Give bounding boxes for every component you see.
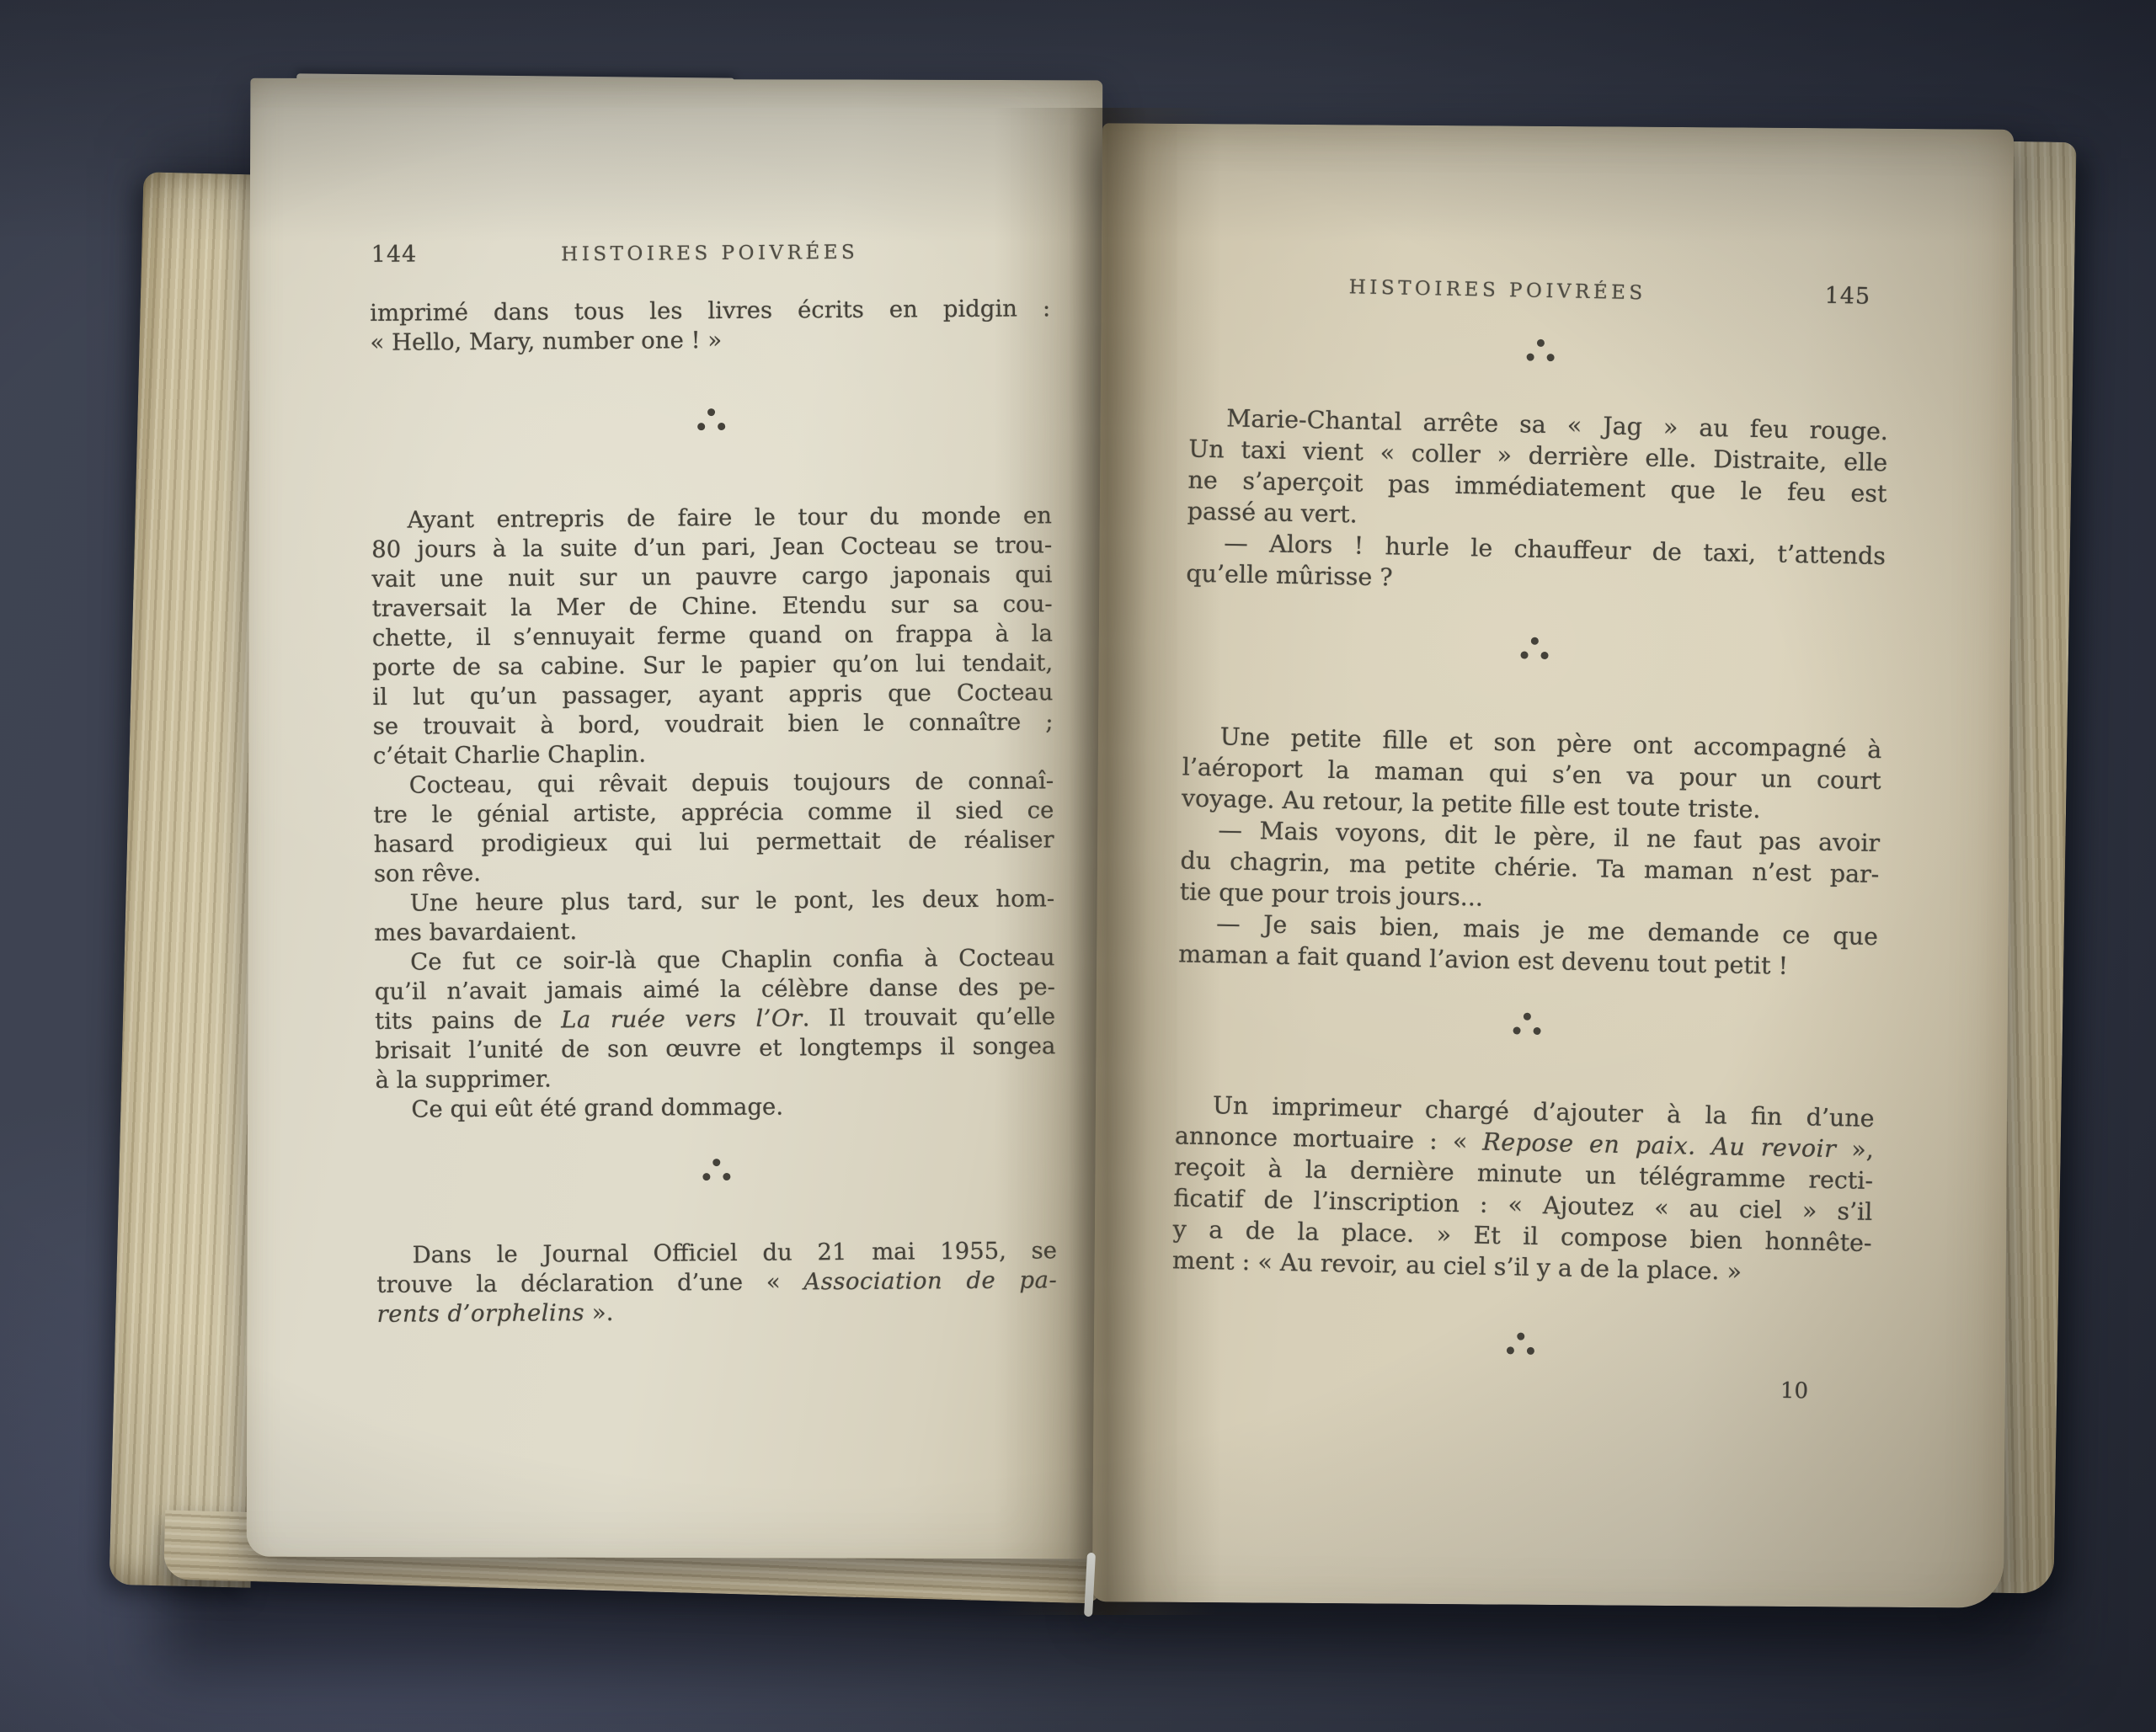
text-line: Ce qui eût été grand dommage. bbox=[376, 1090, 1056, 1125]
paragraph: Un imprimeur chargé d’ajouter à la fin d… bbox=[1172, 1089, 1875, 1290]
paragraph: Une petite fille et son père ont accompa… bbox=[1182, 720, 1882, 828]
left-page-text-column: 144 HISTOIRES POIVRÉES imprimé dans tous… bbox=[368, 77, 1059, 1560]
text-line: trouve la déclaration d’une « Associatio… bbox=[376, 1266, 1057, 1300]
left-page-blocks: imprimé dans tous les livres écrits en p… bbox=[370, 294, 1058, 1330]
right-page-text-column: HISTOIRES POIVRÉES 145 Marie-Chantal arr… bbox=[1166, 120, 1894, 1612]
text-line: hasard prodigieux qui lui permettait de … bbox=[374, 825, 1054, 860]
paragraph: Ayant entrepris de faire le tour du mond… bbox=[371, 501, 1054, 771]
paragraph: — Alors ! hurle le chauffeur de taxi, t’… bbox=[1186, 526, 1886, 603]
text-line: brisait l’unité de son œuvre et longtemp… bbox=[375, 1031, 1055, 1066]
paragraph: Cocteau, qui rêvait depuis toujours de c… bbox=[373, 766, 1054, 889]
running-title-left: HISTOIRES POIVRÉES bbox=[370, 237, 1050, 271]
paragraph: Dans le Journal Officiel du 21 mai 1955,… bbox=[376, 1236, 1058, 1330]
text-line: qu’il n’avait jamais aimé la célèbre dan… bbox=[375, 973, 1055, 1007]
photo-scene: 144 HISTOIRES POIVRÉES imprimé dans tous… bbox=[0, 0, 2156, 1732]
running-head-left: 144 HISTOIRES POIVRÉES bbox=[370, 237, 1050, 270]
text-line: porte de sa cabine. Sur le papier qu’on … bbox=[372, 648, 1053, 683]
text-line: Cocteau, qui rêvait depuis toujours de c… bbox=[373, 766, 1054, 801]
paragraph: — Mais voyons, dit le père, il ne faut p… bbox=[1179, 813, 1880, 921]
page-number-right: 145 bbox=[1824, 280, 1870, 312]
text-line: chette, il s’ennuyait ferme quand on fra… bbox=[372, 619, 1053, 653]
text-line: vait une nuit sur un pauvre cargo japona… bbox=[371, 560, 1052, 594]
text-line: tre le génial artiste, apprécia comme il… bbox=[373, 796, 1054, 830]
text-line: se trouvait à bord, voudrait bien le con… bbox=[373, 707, 1054, 742]
text-line: c’était Charlie Chaplin. bbox=[373, 737, 1054, 771]
text-line: Dans le Journal Officiel du 21 mai 1955,… bbox=[376, 1236, 1057, 1271]
paragraph: Ce qui eût été grand dommage. bbox=[376, 1090, 1056, 1125]
asterism-icon bbox=[1171, 1324, 1870, 1364]
asterism-icon bbox=[376, 1155, 1056, 1186]
text-line: rents d’orphelins ». bbox=[376, 1295, 1057, 1330]
text-line: Ayant entrepris de faire le tour du mond… bbox=[371, 501, 1052, 536]
text-line: mes bavardaient. bbox=[374, 914, 1054, 948]
text-line: il lut qu’un passager, ayant appris que … bbox=[372, 678, 1053, 712]
running-head-right: HISTOIRES POIVRÉES 145 bbox=[1192, 269, 1892, 312]
right-page-blocks: Marie-Chantal arrête sa « Jag » au feu r… bbox=[1171, 332, 1890, 1364]
asterism-icon bbox=[1191, 332, 1890, 371]
text-line: à la supprimer. bbox=[375, 1061, 1055, 1095]
book-page-right: HISTOIRES POIVRÉES 145 Marie-Chantal arr… bbox=[1092, 123, 2014, 1608]
asterism-icon bbox=[1184, 629, 1883, 669]
paragraph: imprimé dans tous les livres écrits en p… bbox=[370, 294, 1050, 358]
text-line: tits pains de La ruée vers l’Or. Il trou… bbox=[375, 1002, 1055, 1037]
text-line: imprimé dans tous les livres écrits en p… bbox=[370, 294, 1050, 328]
paragraph: — Je sais bien, mais je me demande ce qu… bbox=[1178, 907, 1878, 983]
text-line: Ce fut ce soir-là que Chaplin confia à C… bbox=[374, 943, 1054, 978]
paragraph: Marie-Chantal arrête sa « Jag » au feu r… bbox=[1187, 402, 1888, 541]
text-line: 80 jours à la suite d’un pari, Jean Coct… bbox=[371, 530, 1052, 565]
signature-mark: 10 bbox=[1170, 1363, 1870, 1409]
text-line: traversait la Mer de Chine. Etendu sur s… bbox=[372, 589, 1053, 624]
book-page-left: 144 HISTOIRES POIVRÉES imprimé dans tous… bbox=[247, 78, 1103, 1559]
paragraph: Une heure plus tard, sur le pont, les de… bbox=[374, 884, 1054, 948]
paragraph: Ce fut ce soir-là que Chaplin confia à C… bbox=[374, 943, 1055, 1095]
asterism-icon bbox=[1177, 1005, 1876, 1044]
text-line: Une heure plus tard, sur le pont, les de… bbox=[374, 884, 1054, 919]
running-title-right: HISTOIRES POIVRÉES bbox=[1148, 269, 1848, 314]
asterism-icon bbox=[371, 405, 1051, 435]
text-line: son rêve. bbox=[374, 855, 1054, 889]
text-line: « Hello, Mary, number one ! » bbox=[370, 323, 1050, 358]
